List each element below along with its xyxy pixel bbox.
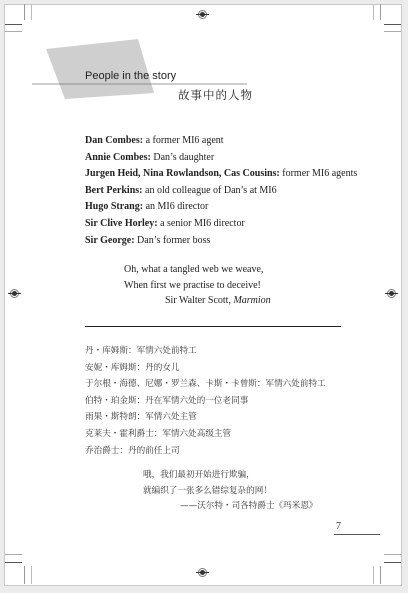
character-entry-zh: 于尔根・海德、尼娜・罗兰森、卡斯・卡曾斯：军情六处前特工 — [85, 376, 326, 393]
crop-mark — [384, 562, 401, 563]
crop-mark — [24, 566, 25, 584]
character-entry-zh: 雨果・斯特朗：军情六处主管 — [85, 409, 326, 426]
character-entry-zh: 丹・库姆斯：军情六处前特工 — [85, 343, 326, 360]
epigraph-line-zh: 哦，我们最初开始进行欺骗， — [143, 467, 255, 483]
character-list-en: Dan Combes: a former MI6 agent Annie Com… — [85, 133, 357, 249]
chapter-title-zh: 故事中的人物 — [178, 87, 253, 103]
crop-mark — [373, 566, 374, 584]
crop-mark — [5, 554, 22, 555]
character-entry: Hugo Strang: an MI6 director — [85, 199, 357, 216]
character-entry: Jurgen Heid, Nina Rowlandson, Cas Cousin… — [85, 166, 357, 183]
registration-mark-icon — [198, 568, 207, 577]
epigraph-author-zh: ——沃尔特・司各特爵士《玛米恩》 — [180, 498, 318, 514]
registration-mark-icon — [10, 289, 19, 298]
section-divider — [85, 326, 341, 327]
crop-mark — [380, 566, 381, 584]
registration-mark-icon — [387, 289, 396, 298]
character-entry-zh: 伯特・珀金斯：丹在军情六处的一位老同事 — [85, 393, 326, 410]
epigraph-line: When first we practise to deceive! — [124, 278, 261, 294]
character-entry-zh: 克莱夫・霍利爵士：军情六处高级主管 — [85, 426, 326, 443]
character-entry-zh: 安妮・库姆斯：丹的女儿 — [85, 360, 326, 377]
character-list-zh: 丹・库姆斯：军情六处前特工 安妮・库姆斯：丹的女儿 于尔根・海德、尼娜・罗兰森、… — [85, 343, 326, 459]
chapter-title-en: People in the story — [85, 70, 176, 82]
epigraph-line: Oh, what a tangled web we weave, — [124, 262, 263, 278]
page-number: 7 — [336, 521, 341, 532]
character-entry: Annie Combes: Dan’s daughter — [85, 150, 357, 167]
character-entry-zh: 乔治爵士：丹的前任上司 — [85, 443, 326, 460]
epigraph-author: Sir Walter Scott, Marmion — [165, 293, 271, 309]
crop-mark — [31, 566, 32, 584]
crop-mark — [384, 554, 401, 555]
crop-mark — [5, 562, 22, 563]
character-entry: Dan Combes: a former MI6 agent — [85, 133, 357, 150]
character-entry: Bert Perkins: an old colleague of Dan’s … — [85, 183, 357, 200]
character-entry: Sir Clive Horley: a senior MI6 director — [85, 216, 357, 233]
epigraph-line-zh: 就编织了一张多么错综复杂的网！ — [143, 483, 272, 499]
page-number-rule — [334, 534, 380, 535]
character-entry: Sir George: Dan’s former boss — [85, 233, 357, 250]
